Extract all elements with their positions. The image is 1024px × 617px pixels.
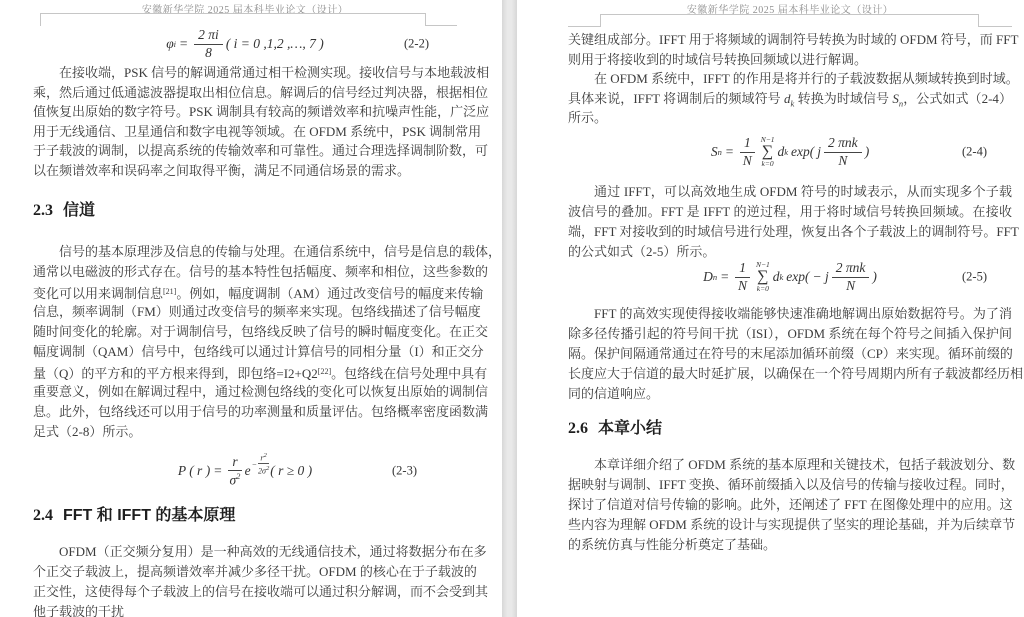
fraction: 2 πi8: [194, 28, 223, 59]
text-line: 的系统仿真与性能分析奠定了基础。: [568, 535, 1012, 555]
equation-number: (2-2): [404, 37, 429, 52]
text-line: 长度应大于信道的最大时延扩展，以确保在一个符号周期内所有子载波都经历相: [568, 364, 1012, 384]
exp-close: ): [865, 144, 870, 160]
euler-e: e: [245, 463, 251, 479]
exp-open: exp(: [786, 269, 809, 285]
text-line: 值恢复出原始的数字符号。PSK 调制具有较高的频谱效率和抗噪声性能，广泛应: [33, 102, 457, 122]
paragraph-guard-interval: FFT 的高效实现使得接收端能够快速准确地解调出原始数据符号。为了消 除多径传播…: [568, 304, 1012, 404]
header-rule-step-right: [978, 26, 1012, 27]
formula-2-3-lhs: P ( r ): [178, 463, 210, 479]
text-line: 波信号的叠加。FFT 是 IFFT 的逆过程，用于将时域信号转换回频域。在接收: [568, 202, 1012, 222]
math-var: d: [773, 269, 780, 285]
formula-2-2: φi = 2 πi8 ( i = 0 ,1,2 ,…, 7 ) (2-2): [33, 27, 457, 61]
text-line: 息。此外，包络线还可以用于信号的功率测量和质量评估。包络概率密度函数满: [33, 402, 457, 422]
text-line: 重要意义，例如在解调过程中，通过检测包络线的变化可以恢复出原始的调制信: [33, 382, 457, 402]
formula-2-5: Dn = 1N N−1∑k=0 dk exp( − j 2 πnkN ) (2-…: [568, 257, 1012, 297]
equals-sign: =: [725, 144, 734, 160]
text-line: 他子载波的干扰: [33, 602, 457, 617]
paragraph-ifft-function: 在 OFDM 系统中，IFFT 的作用是将并行的子载波数据从频域转换到时域。 具…: [568, 69, 1012, 128]
formula-2-2-sub: i: [174, 39, 176, 49]
text-line: 量（Q）的平方和的平方根来得到，即包络=I2+Q2[22]。包络线在信号处理中具…: [33, 362, 457, 382]
text-line: 通常以电磁波的形式存在。信号的基本特性包括幅度、频率和相位，这些参数的: [33, 262, 457, 282]
text-line: 关键组成部分。IFFT 用于将频域的调制符号转换为时域的 OFDM 符号，而 F…: [568, 30, 1012, 50]
equation-number: (2-4): [962, 145, 987, 160]
text-line: 在 OFDM 系统中，IFFT 的作用是将并行的子载波数据从频域转换到时域。: [568, 69, 1012, 89]
header-rule-tick-left: [40, 13, 41, 26]
text-line: 除多径传播引起的符号间干扰（ISI），OFDM 系统在每个符号之间插入保护间: [568, 324, 1012, 344]
exp-arg-sign: − j: [813, 269, 829, 285]
fraction: 1N: [735, 261, 750, 292]
page-right: 安徽新华学院 2025 届本科毕业论文（设计） 关键组成部分。IFFT 用于将频…: [517, 0, 1024, 617]
text-line: OFDM（正交频分复用）是一种高效的无线通信技术，通过将数据分布在多: [33, 542, 457, 562]
header-rule: [40, 13, 425, 14]
text-line: 足式（2-8）所示。: [33, 422, 457, 442]
math-var: dk: [784, 91, 794, 106]
page-left: 安徽新华学院 2025 届本科毕业论文（设计） φi = 2 πi8 ( i =…: [0, 0, 502, 617]
exp-open: exp(: [791, 144, 814, 160]
text-line: 在接收端，PSK 信号的解调通常通过相干检测实现。接收信号与本地载波相: [33, 63, 457, 83]
heading-2-6: 2.6本章小结: [568, 415, 662, 438]
page-gap: [502, 0, 517, 617]
text-line: 以在频谱效率和误码率之间取得平衡，满足不同通信场景的需求。: [33, 161, 457, 181]
heading-2-4: 2.4FFT 和 IFFT 的基本原理: [33, 502, 235, 525]
formula-2-3: P ( r ) = rσ2 e −r22σ2 ( r ≥ 0 ) (2-3): [33, 452, 457, 490]
formula-2-3-condition: ( r ≥ 0 ): [270, 463, 312, 479]
math-var: Sn: [892, 91, 903, 106]
equals-sign: =: [213, 463, 222, 479]
header-rule: [600, 14, 978, 15]
summation: N−1∑k=0: [756, 261, 770, 294]
text-line: 随时间变化的轮廓。对于调制信号，包络线反映了信号的瞬时幅度变化。在正交: [33, 322, 457, 342]
equation-number: (2-3): [392, 464, 417, 479]
paragraph-signal-basics: 信号的基本原理涉及信息的传输与处理。在通信系统中，信号是信息的载体， 通常以电磁…: [33, 242, 457, 442]
text-line: 个正交子载波上，提高频谱效率并减少多径干扰。OFDM 的核心在于子载波的: [33, 562, 457, 582]
formula-2-4: Sn = 1N N−1∑k=0 dk exp( j 2 πnkN ) (2-4): [568, 132, 1012, 172]
summation: N−1∑k=0: [761, 136, 775, 169]
text-line: 通过 IFFT，可以高效地生成 OFDM 符号的时域表示，从而实现多个子载: [568, 182, 1012, 202]
fraction: 2 πnkN: [824, 136, 862, 167]
formula-2-2-condition: ( i = 0 ,1,2 ,…, 7 ): [226, 36, 324, 52]
header-rule-step-right: [425, 25, 457, 26]
text-line: 变化可以用来调制信息[21]。例如，幅度调制（AM）通过改变信号的幅度来传输: [33, 282, 457, 302]
fraction: 2 πnkN: [832, 261, 870, 292]
text-line: 隔。保护间隔通常通过在符号的末尾添加循环前缀（CP）来实现。循环前缀的: [568, 344, 1012, 364]
paragraph-chapter-summary: 本章详细介绍了 OFDM 系统的基本原理和关键技术，包括子载波划分、数 据映射与…: [568, 455, 1012, 555]
text-line: 幅度调制（QAM）信号中，包络线可以通过计算信号的同相分量（I）和正交分: [33, 342, 457, 362]
header-rule-tick-left: [600, 14, 601, 27]
citation-ref: [21]: [163, 287, 176, 296]
document-viewer: { "header_title": "安徽新华学院 2025 届本科毕业论文（设…: [0, 0, 1024, 617]
fraction: 1N: [740, 136, 755, 167]
exp-close: ): [872, 269, 877, 285]
paragraph-ifft-fft-roles: 关键组成部分。IFFT 用于将频域的调制符号转换为时域的 OFDM 符号，而 F…: [568, 30, 1012, 69]
text-line: 则用于将接收到的时域信号转换回频域以进行解调。: [568, 50, 1012, 70]
text-line: 些内容为理解 OFDM 系统的设计与实现提供了坚实的理论基础，并为后续章节: [568, 515, 1012, 535]
formula-2-5-lhs: D: [703, 269, 713, 285]
equals-sign: =: [179, 36, 188, 52]
text-line: 乘，然后通过低通滤波器提取出相位信息。解调后的信号经过判决器，根据相位: [33, 83, 457, 103]
text-line: 信号的基本原理涉及信息的传输与处理。在通信系统中，信号是信息的载体，: [33, 242, 457, 262]
text-line: 端，FFT 对接收到的时域信号进行处理，恢复出各个子载波上的调制符号。FFT: [568, 222, 1012, 242]
math-var: d: [778, 144, 785, 160]
text-line: 于子载波的调制，以提高系统的传输效率和可靠性。通过合理选择调制阶数，可: [33, 141, 457, 161]
text-line: FFT 的高效实现使得接收端能够快速准确地解调出原始数据符号。为了消: [568, 304, 1012, 324]
fraction: rσ2: [228, 455, 241, 488]
text-line: 据映射与调制、IFFT 变换、循环前缀插入以及信号的传输与接收过程。同时，: [568, 475, 1012, 495]
paragraph-ofdm-intro: OFDM（正交频分复用）是一种高效的无线通信技术，通过将数据分布在多 个正交子载…: [33, 542, 457, 617]
text-line: 探讨了信道对信号传输的影响。此外，还阐述了 FFT 在图像处理中的应用。这: [568, 495, 1012, 515]
text-line: 所示。: [568, 108, 1012, 128]
text-line: 正交性，这使得每个子载波上的信号在接收端可以通过积分解调，而不会受到其: [33, 582, 457, 602]
heading-2-3: 2.3信道: [33, 197, 95, 220]
exponent-fraction: −r22σ2: [252, 452, 271, 476]
text-line: 具体来说，IFFT 将调制后的频域符号 dk 转换为时域信号 Sn，公式如式（2…: [568, 89, 1012, 109]
formula-2-4-lhs: S: [711, 144, 718, 160]
text-line: 信息，频率调制（FM）则通过改变信号的频率来实现。包络线描述了信号幅度: [33, 302, 457, 322]
citation-ref: [22]: [318, 367, 331, 376]
header-rule-step-left: [568, 26, 600, 27]
equals-sign: =: [720, 269, 729, 285]
formula-2-2-lhs: φ: [166, 36, 173, 52]
text-line: 用于无线通信、卫星通信和数字电视等领域。在 OFDM 系统中，PSK 调制常用: [33, 122, 457, 142]
text-line: 同的信道响应。: [568, 384, 1012, 404]
exp-arg-sign: j: [817, 144, 821, 160]
text-line: 本章详细介绍了 OFDM 系统的基本原理和关键技术，包括子载波划分、数: [568, 455, 1012, 475]
paragraph-psk-demod: 在接收端，PSK 信号的解调通常通过相干检测实现。接收信号与本地载波相 乘，然后…: [33, 63, 457, 180]
equation-number: (2-5): [962, 270, 987, 285]
paragraph-fft-inverse: 通过 IFFT，可以高效地生成 OFDM 符号的时域表示，从而实现多个子载 波信…: [568, 182, 1012, 262]
